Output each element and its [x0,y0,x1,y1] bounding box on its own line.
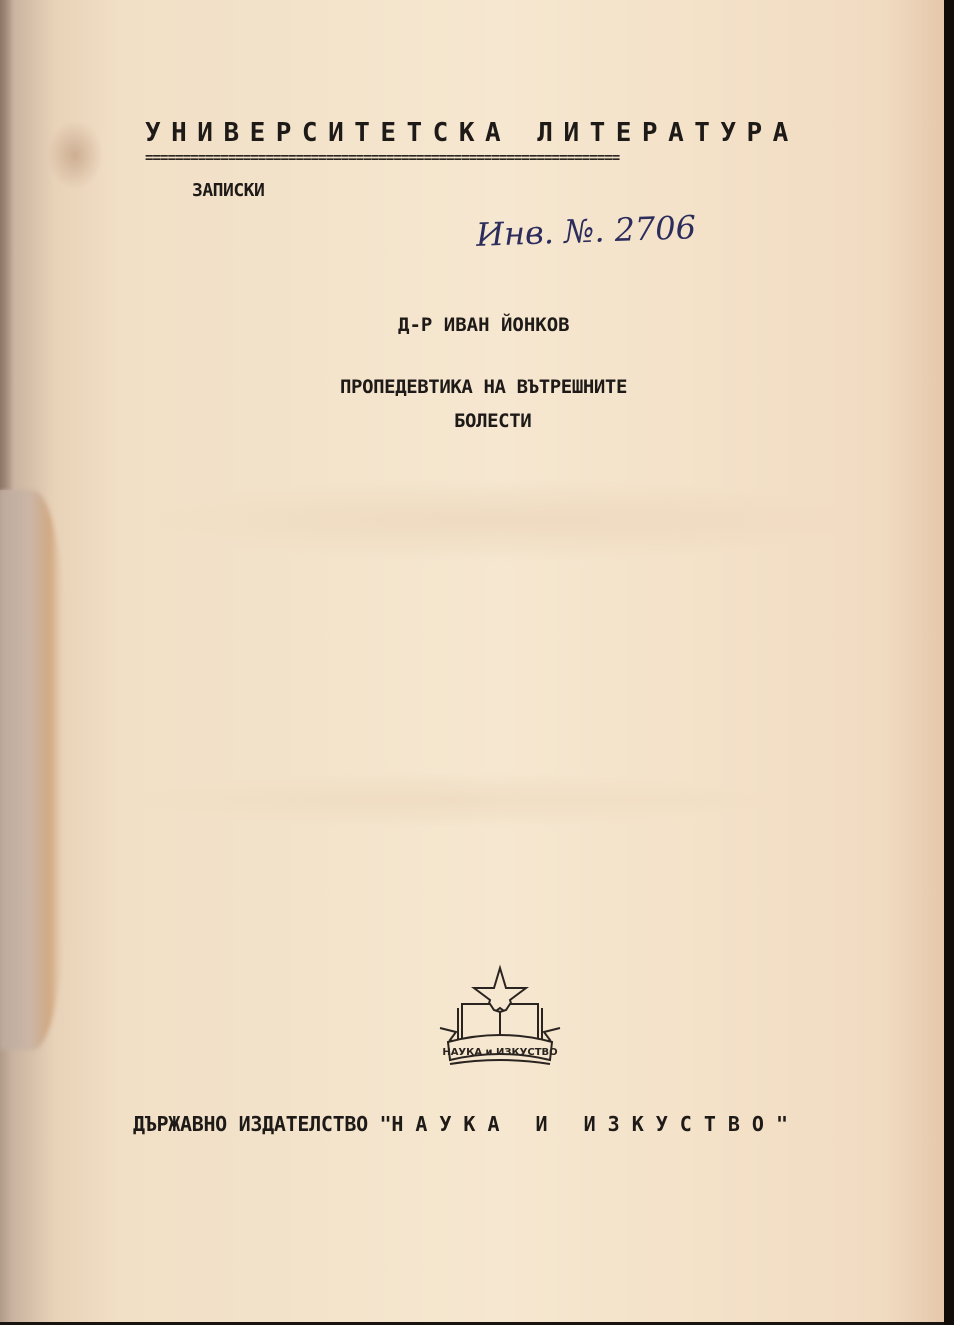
series-divider: ========================================… [145,150,619,166]
book-title-line-2: БОЛЕСТИ [454,410,531,432]
publisher-suffix: " [776,1112,788,1136]
book-title-line-1: ПРОПЕДЕВТИКА НА ВЪТРЕШНИТЕ [340,376,627,398]
document-page: УНИВЕРСИТЕТСКА ЛИТЕРАТУРА ==============… [0,0,944,1322]
publisher-prefix: ДЪРЖАВНО ИЗДАТЕЛСТВО " [133,1112,391,1136]
author-name: Д-Р ИВАН ЙОНКОВ [398,314,570,336]
publisher-line: ДЪРЖАВНО ИЗДАТЕЛСТВО "НАУКА И ИЗКУСТВО" [133,1112,788,1136]
publisher-name: НАУКА И ИЗКУСТВО [391,1112,776,1136]
series-title: УНИВЕРСИТЕТСКА ЛИТЕРАТУРА [145,118,799,148]
scan-border [944,0,954,1325]
publisher-logo: НАУКА и ИЗКУСТВО [436,962,564,1080]
page-edge-shadow [0,0,14,490]
star-over-open-book-emblem-icon: НАУКА и ИЗКУСТВО [436,962,564,1080]
series-label: ЗАПИСКИ [192,180,264,201]
water-stain [0,490,62,1050]
svg-text:НАУКА и ИЗКУСТВО: НАУКА и ИЗКУСТВО [442,1047,557,1058]
inventory-number-note: Инв. №. 2706 [475,208,696,254]
